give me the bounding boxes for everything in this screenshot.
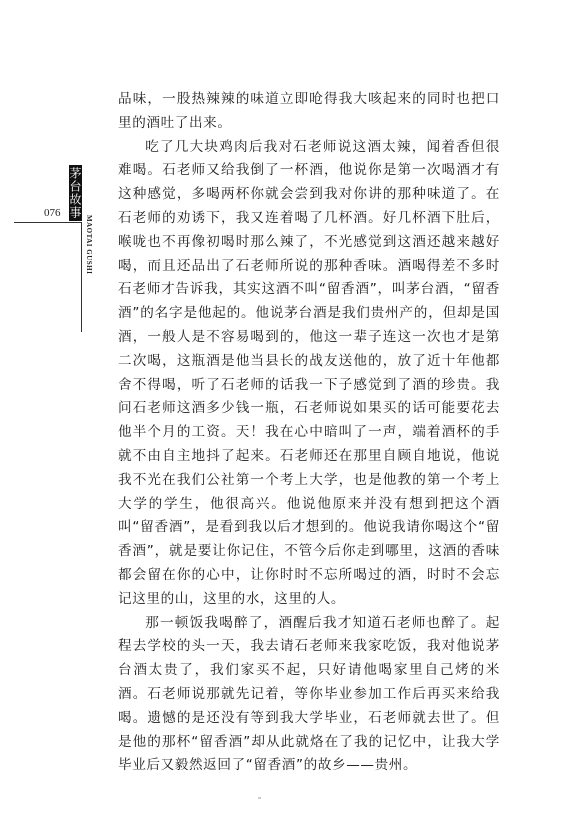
vertical-rule (81, 222, 82, 332)
horizontal-rule (14, 222, 82, 223)
scan-speck (258, 797, 261, 799)
paragraph-2: 吃了几大块鸡肉后我对石老师说这酒太辣，闻着香但很难喝。石老师又给我倒了一杯酒，他… (118, 136, 500, 612)
body-text: 品味，一股热辣辣的味道立即呛得我大咳起来的同时也把口里的酒吐了出来。 吃了几大块… (118, 88, 500, 778)
page-number: 076 (44, 207, 61, 219)
paragraph-3: 那一顿饭我喝醉了，酒醒后我才知道石老师也醉了。起程去学校的头一天，我去请石老师来… (118, 612, 500, 779)
book-page: 茅台故事 076 MAOTAI GUSHI 品味，一股热辣辣的味道立即呛得我大咳… (0, 0, 582, 813)
book-title-tab: 茅台故事 (69, 165, 82, 221)
book-title-pinyin: MAOTAI GUSHI (85, 215, 93, 274)
paragraph-1: 品味，一股热辣辣的味道立即呛得我大咳起来的同时也把口里的酒吐了出来。 (118, 88, 500, 136)
